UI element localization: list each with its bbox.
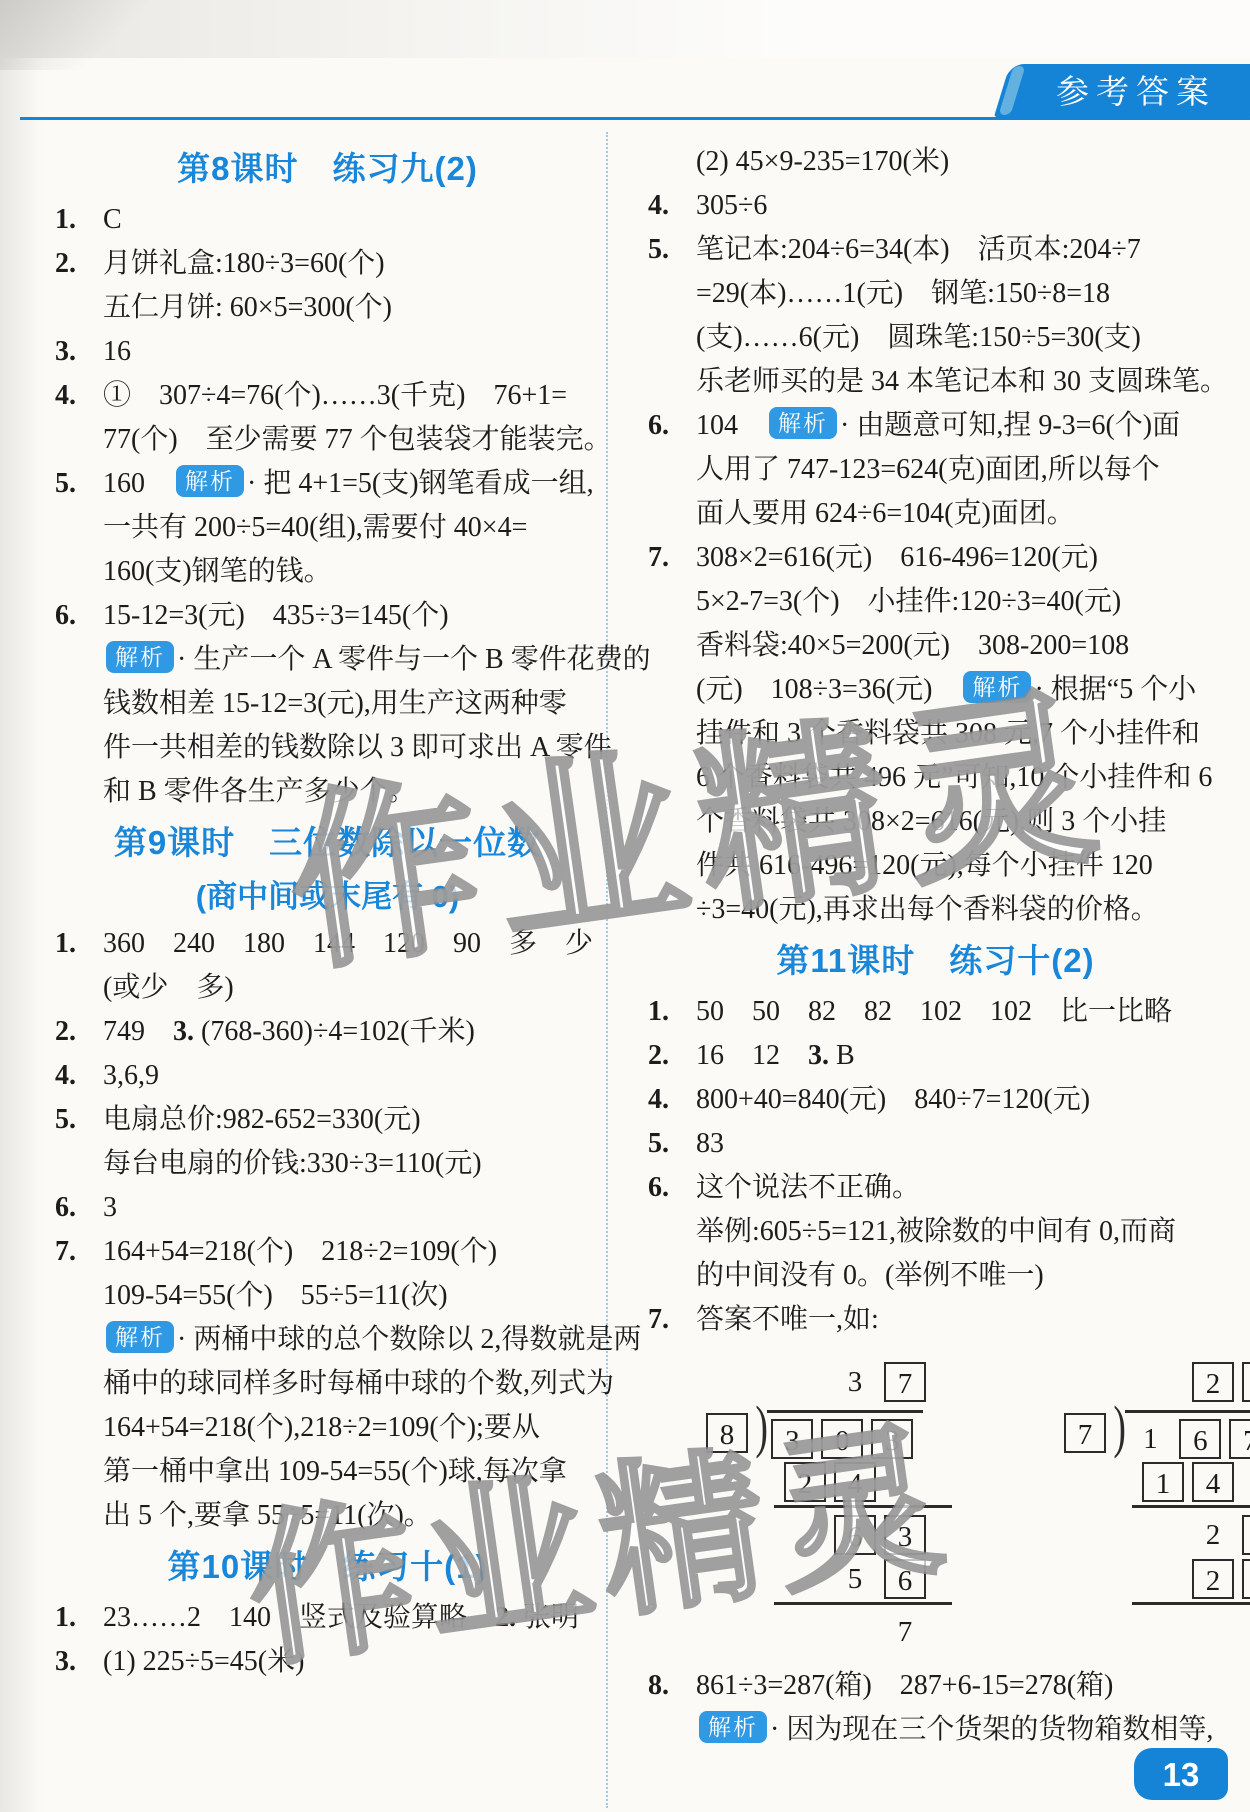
- subtraction-line: [774, 1602, 952, 1605]
- answer-line: 6.这个说法不正确。: [648, 1166, 1223, 1210]
- item-number: 4.: [648, 1078, 696, 1122]
- item-number: 2.: [55, 242, 103, 286]
- answer-line: 160(支)钢笔的钱。: [55, 550, 600, 594]
- answer-line: 8.861÷3=287(箱) 287+6-15=278(箱): [648, 1664, 1223, 1708]
- item-number: 6.: [55, 1186, 103, 1230]
- answer-line: 五仁月饼: 60×5=300(个): [55, 286, 600, 330]
- item-number: 7.: [648, 536, 696, 580]
- answer-box-digit: 7: [1064, 1413, 1106, 1453]
- work-row: 21: [1192, 1557, 1250, 1601]
- answer-line: 人用了 747-123=624(克)面团,所以每个: [648, 448, 1223, 492]
- answer-line: 4.① 307÷4=76(个)……3(千克) 76+1=: [55, 374, 600, 418]
- answer-line: 7.308×2=616(元) 616-496=120(元): [648, 536, 1223, 580]
- analysis-badge: 解析: [699, 1711, 767, 1743]
- answer-box-digit: 2: [1192, 1362, 1234, 1402]
- right-column-lines-top: (2) 45×9-235=170(米)4.305÷65.笔记本:204÷6=34…: [648, 140, 1223, 1342]
- dividend-row: 8)303: [706, 1404, 952, 1460]
- answer-box-digit: 6: [1179, 1419, 1221, 1459]
- subtraction-line: [774, 1505, 952, 1508]
- answer-line: 乐老师买的是 34 本笔记本和 30 支圆珠笔。: [648, 360, 1223, 404]
- answer-line: 5.电扇总价:982-652=330(元): [55, 1098, 600, 1142]
- answer-line: 6 个香料袋共 496 元”可知,10 个小挂件和 6: [648, 756, 1223, 800]
- answer-line: ÷3=40(元),再求出每个香料袋的价格。: [648, 888, 1223, 932]
- answer-box-digit: 2: [1192, 1559, 1234, 1599]
- digit: 6: [1242, 1612, 1250, 1652]
- answer-box-digit: 6: [884, 1559, 926, 1599]
- answer-box-digit: 7: [1229, 1419, 1250, 1459]
- answer-line: 每台电扇的价钱:330÷3=110(元): [55, 1142, 600, 1186]
- answer-line: 解析· 两桶中球的总个数除以 2,得数就是两: [55, 1318, 600, 1362]
- item-number: 4.: [648, 184, 696, 228]
- section-header: (商中间或末尾有 0): [55, 872, 600, 922]
- analysis-badge: 解析: [769, 407, 837, 439]
- answer-line: 2.749 3. (768-360)÷4=102(千米): [55, 1010, 600, 1054]
- answer-line: 面人要用 624÷6=104(克)面团。: [648, 492, 1223, 536]
- answer-line: 1.50 50 82 82 102 102 比一比略: [648, 990, 1223, 1034]
- subtraction-line: [1132, 1602, 1250, 1605]
- answer-line: 109-54=55(个) 55÷5=11(次): [55, 1274, 600, 1318]
- answer-box-digit: 3: [1242, 1362, 1250, 1402]
- analysis-badge: 解析: [176, 465, 244, 497]
- item-number: 1.: [55, 198, 103, 242]
- item-number: 2.: [55, 1010, 103, 1054]
- item-number: 7.: [648, 1298, 696, 1342]
- answer-line: 挂件和 3 个香料袋共 308 元,7 个小挂件和: [648, 712, 1223, 756]
- answer-line: 6.3: [55, 1186, 600, 1230]
- digit: 1: [1129, 1419, 1171, 1459]
- item-number: 4.: [55, 374, 103, 418]
- item-number: 6.: [648, 1166, 696, 1210]
- item-number: 4.: [55, 1054, 103, 1098]
- answer-line: 7.答案不唯一,如:: [648, 1298, 1223, 1342]
- answer-line: 1.23……2 140 竖式及验算略 2. 张明: [55, 1596, 600, 1640]
- item-number: 2.: [648, 1034, 696, 1078]
- item-number: 3.: [55, 330, 103, 374]
- answer-line: 5×2-7=3(个) 小挂件:120÷3=40(元): [648, 580, 1223, 624]
- answer-box-digit: 6: [834, 1515, 876, 1555]
- long-division-303-by-8: 378)3032463567: [706, 1360, 952, 1654]
- answer-box-digit: 4: [834, 1462, 876, 1502]
- answer-line: 77(个) 至少需要 77 个包装袋才能装完。: [55, 418, 600, 462]
- answer-line: 2.月饼礼盒:180÷3=60(个): [55, 242, 600, 286]
- work-row: 27: [1192, 1513, 1250, 1557]
- answer-box-digit: 1: [1242, 1559, 1250, 1599]
- answer-line: (2) 45×9-235=170(米): [648, 140, 1223, 184]
- column-divider: [606, 132, 608, 1808]
- answer-line: 3.16: [55, 330, 600, 374]
- item-number: 1.: [55, 1596, 103, 1640]
- answer-line: (或少 多): [55, 966, 600, 1010]
- answer-line: 164+54=218(个),218÷2=109(个);要从: [55, 1406, 600, 1450]
- item-number: 5.: [648, 228, 696, 272]
- work-row: 56: [834, 1557, 952, 1601]
- work-row: 6: [1242, 1610, 1250, 1654]
- answer-line: 4.800+40=840(元) 840÷7=120(元): [648, 1078, 1223, 1122]
- subtraction-line: [1132, 1505, 1250, 1508]
- long-division-167-by-7: 237)1671427216: [1064, 1360, 1250, 1654]
- dividend-row: 7)167: [1064, 1404, 1250, 1460]
- section-header: 第8课时 练习九(2): [55, 140, 600, 198]
- item-number: 5.: [648, 1122, 696, 1166]
- work-row: 63: [834, 1513, 952, 1557]
- section-header: 第9课时 三位数除以一位数: [55, 814, 600, 872]
- answer-box-digit: 8: [706, 1413, 748, 1453]
- answer-line: 4.305÷6: [648, 184, 1223, 228]
- answer-line: 桶中的球同样多时每桶中球的个数,列式为: [55, 1362, 600, 1406]
- item-number: 1.: [55, 922, 103, 966]
- answer-line: 5.83: [648, 1122, 1223, 1166]
- item-number: 6.: [648, 404, 696, 448]
- analysis-badge: 解析: [106, 1321, 174, 1353]
- answer-line: 香料袋:40×5=200(元) 308-200=108: [648, 624, 1223, 668]
- answer-line: 的中间没有 0。(举例不唯一): [648, 1254, 1223, 1298]
- division-bracket: ): [755, 1402, 768, 1452]
- item-number: 5.: [55, 1098, 103, 1142]
- answer-line: 钱数相差 15-12=3(元),用生产这两种零: [55, 682, 600, 726]
- answer-line: 5.笔记本:204÷6=34(本) 活页本:204÷7: [648, 228, 1223, 272]
- quotient-row: 37: [834, 1360, 952, 1404]
- photo-corner-shade: [0, 0, 150, 70]
- digit: 2: [1192, 1515, 1234, 1555]
- inline-item-number: 2.: [495, 1602, 516, 1633]
- answer-line: 第一桶中拿出 109-54=55(个)球,每次拿: [55, 1450, 600, 1494]
- photo-left-shade: [0, 0, 42, 1812]
- item-number: 5.: [55, 462, 103, 506]
- answer-line: 6.104 解析· 由题意可知,捏 9-3=6(个)面: [648, 404, 1223, 448]
- header-rule: [20, 117, 1250, 120]
- answer-box-digit: 0: [821, 1419, 863, 1459]
- photo-top-shade: [0, 0, 1250, 58]
- answer-line: 解析· 因为现在三个货架的货物箱数相等,: [648, 1708, 1223, 1752]
- answer-box-digit: 3: [871, 1419, 913, 1459]
- quotient-row: 23: [1192, 1360, 1250, 1404]
- left-answer-column: 第8课时 练习九(2)1.C2.月饼礼盒:180÷3=60(个)五仁月饼: 60…: [55, 140, 600, 1684]
- page-number-badge: 13: [1134, 1748, 1228, 1800]
- item-number: 8.: [648, 1664, 696, 1708]
- section-header: 第10课时 练习十(1): [55, 1538, 600, 1596]
- answer-box-digit: 2: [784, 1462, 826, 1502]
- dividend-digits: 167: [1125, 1410, 1250, 1459]
- answer-line: 举例:605÷5=121,被除数的中间有 0,而商: [648, 1210, 1223, 1254]
- answer-line: 4.3,6,9: [55, 1054, 600, 1098]
- analysis-badge: 解析: [963, 671, 1031, 703]
- answer-line: 件一共相差的钱数除以 3 即可求出 A 零件: [55, 726, 600, 770]
- right-answer-column: (2) 45×9-235=170(米)4.305÷65.笔记本:204÷6=34…: [648, 140, 1223, 1752]
- answer-line: 7.164+54=218(个) 218÷2=109(个): [55, 1230, 600, 1274]
- item-number: 3.: [55, 1640, 103, 1684]
- item-number: 1.: [648, 990, 696, 1034]
- answer-line: 一共有 200÷5=40(组),需要付 40×4=: [55, 506, 600, 550]
- dividend-digits: 303: [767, 1410, 923, 1459]
- right-column-lines-bottom: 8.861÷3=287(箱) 287+6-15=278(箱)解析· 因为现在三个…: [648, 1664, 1223, 1752]
- digit: 7: [884, 1612, 926, 1652]
- analysis-badge: 解析: [106, 641, 174, 673]
- answer-line: 解析· 生产一个 A 零件与一个 B 零件花费的: [55, 638, 600, 682]
- long-division-block: 378)3032463567 237)1671427216: [706, 1360, 1223, 1654]
- work-row: 14: [1142, 1460, 1250, 1504]
- answer-line: 出 5 个,要拿 55÷5=11(次)。: [55, 1494, 600, 1538]
- answer-line: 6.15-12=3(元) 435÷3=145(个): [55, 594, 600, 638]
- inline-item-number: 3.: [173, 1016, 194, 1047]
- division-bracket: ): [1113, 1402, 1126, 1452]
- item-number: 7.: [55, 1230, 103, 1274]
- digit: 3: [834, 1362, 876, 1402]
- answer-box-digit: 1: [1142, 1462, 1184, 1502]
- section-header: 第11课时 练习十(2): [648, 932, 1223, 990]
- answer-box-digit: 3: [771, 1419, 813, 1459]
- digit: 5: [834, 1559, 876, 1599]
- answer-line: (支)……6(元) 圆珠笔:150÷5=30(支): [648, 316, 1223, 360]
- answer-line: 3.(1) 225÷5=45(米): [55, 1640, 600, 1684]
- answer-box-digit: 4: [1192, 1462, 1234, 1502]
- answer-line: 1.360 240 180 144 120 90 多 少: [55, 922, 600, 966]
- item-number: 6.: [55, 594, 103, 638]
- answer-line: 和 B 零件各生产多少个。: [55, 770, 600, 814]
- answer-line: 个香料袋共 308×2=616(元),则 3 个小挂: [648, 800, 1223, 844]
- inline-item-number: 3.: [808, 1040, 829, 1071]
- answer-line: =29(本)……1(元) 钢笔:150÷8=18: [648, 272, 1223, 316]
- answer-line: 5.160 解析· 把 4+1=5(支)钢笔看成一组,: [55, 462, 600, 506]
- answer-box-digit: 7: [1242, 1515, 1250, 1555]
- answer-box-digit: 7: [884, 1362, 926, 1402]
- work-row: 7: [884, 1610, 952, 1654]
- answer-line: 件共 616-496=120(元),每个小挂件 120: [648, 844, 1223, 888]
- answer-box-digit: 3: [884, 1515, 926, 1555]
- answer-line: 2.16 12 3. B: [648, 1034, 1223, 1078]
- answer-line: (元) 108÷3=36(元) 解析· 根据“5 个小: [648, 668, 1223, 712]
- work-row: 24: [784, 1460, 952, 1504]
- answers-banner-label: 参考答案: [1056, 64, 1216, 117]
- answer-line: 1.C: [55, 198, 600, 242]
